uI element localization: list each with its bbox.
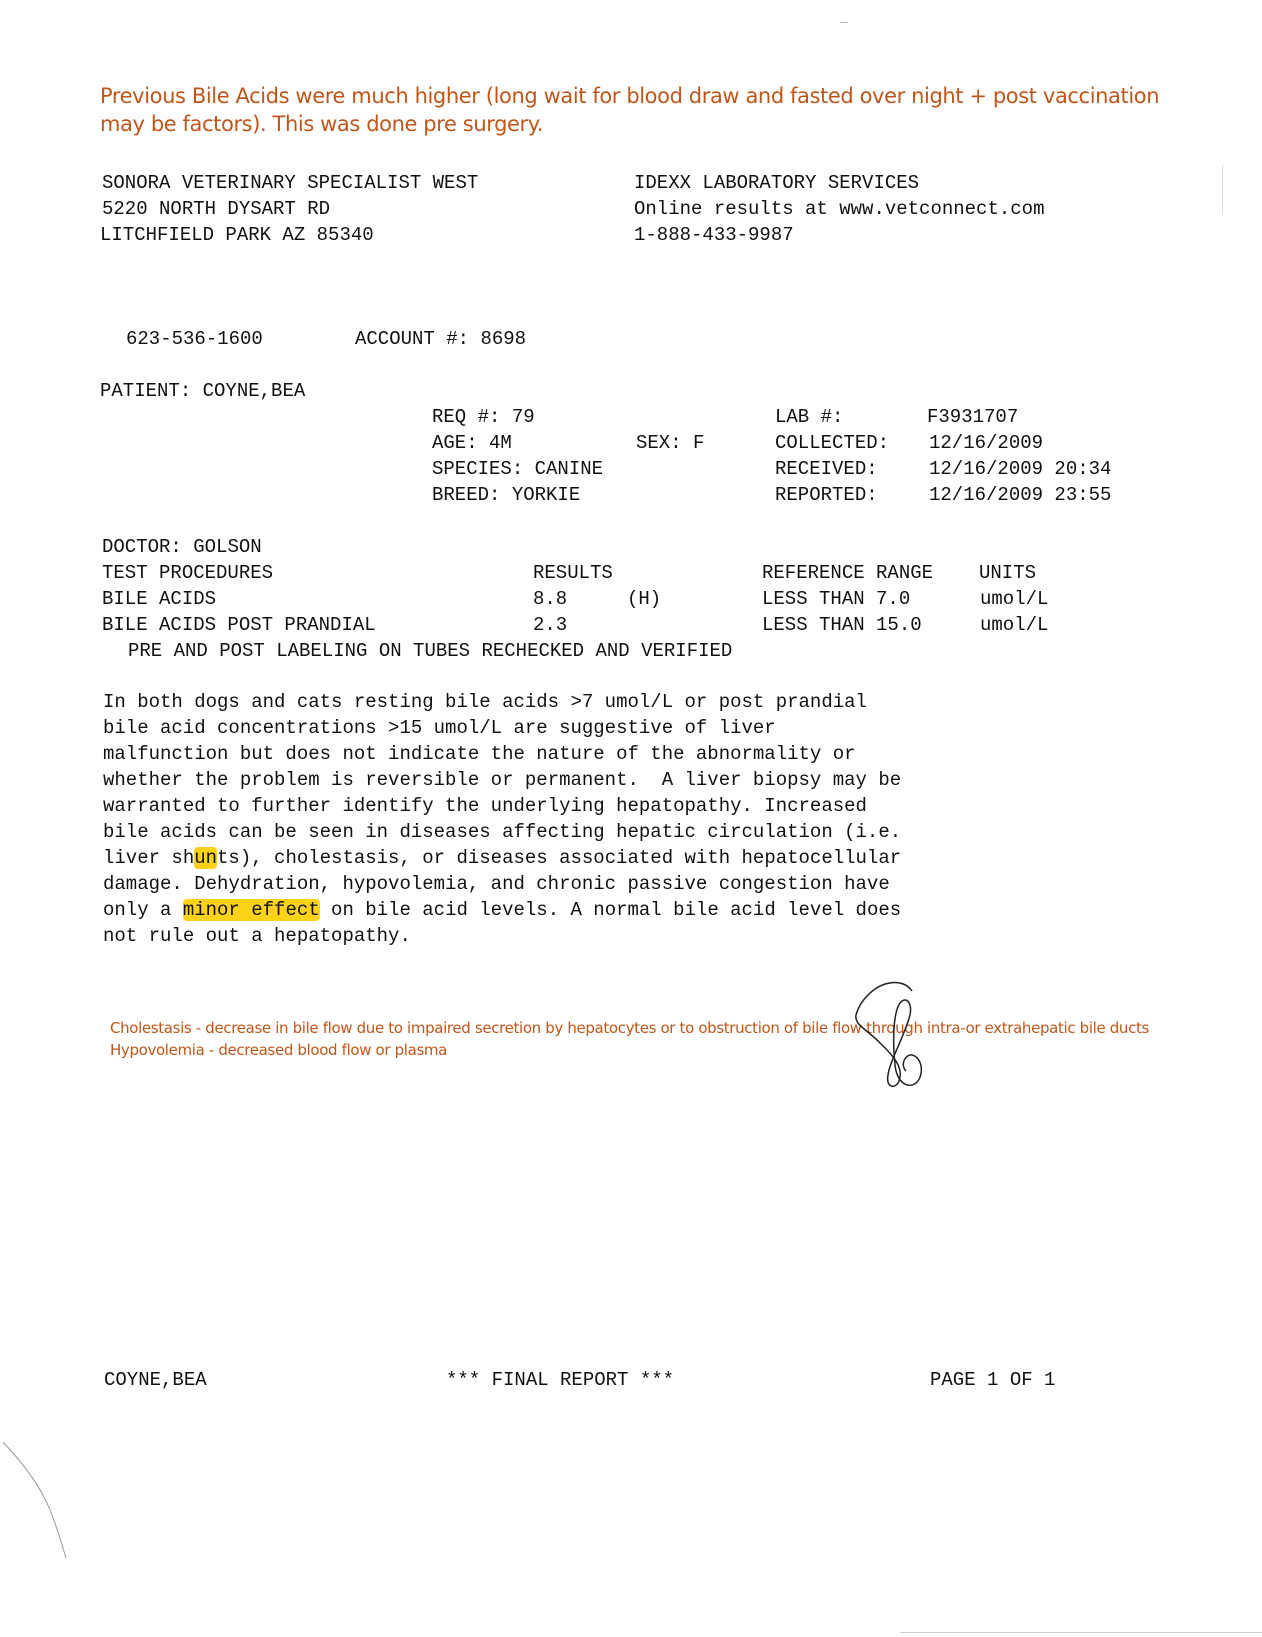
annotation-previous-bile-acids: Previous Bile Acids were much higher (lo… [100, 82, 1200, 138]
account-number: 8698 [480, 328, 526, 350]
lab-number: F3931707 [927, 404, 1018, 430]
lab-name: IDEXX LABORATORY SERVICES [634, 170, 919, 196]
text-segment: liver sh [103, 847, 194, 869]
req-number: 79 [512, 406, 535, 428]
row-units: umol/L [980, 586, 1048, 612]
interpretation-line: only a minor effect on bile acid levels.… [103, 897, 901, 923]
lab-phone: 1-888-433-9987 [634, 222, 794, 248]
interpretation-line: not rule out a hepatopathy. [103, 923, 411, 949]
clinic-name: SONORA VETERINARY SPECIALIST WEST [102, 170, 478, 196]
scan-speck [840, 22, 848, 23]
received-datetime: 12/16/2009 20:34 [929, 456, 1111, 482]
species-label: SPECIES: [432, 458, 523, 480]
row-test-name: BILE ACIDS POST PRANDIAL [102, 612, 376, 638]
text-segment: ts), cholestasis, or diseases associated… [217, 847, 901, 869]
scan-edge-line [900, 1632, 1262, 1633]
req-label: REQ #: [432, 406, 500, 428]
breed-row: BREED: YORKIE [432, 482, 580, 508]
highlight-minor-effect: minor effect [183, 899, 320, 921]
sex-label: SEX: [636, 432, 682, 454]
patient-name: COYNE,BEA [203, 380, 306, 402]
clinic-address-line1: 5220 NORTH DYSART RD [102, 196, 330, 222]
interpretation-line: bile acids can be seen in diseases affec… [103, 819, 901, 845]
received-label: RECEIVED: [775, 456, 878, 482]
account-label: ACCOUNT #: [355, 328, 469, 350]
age-row: AGE: 4M [432, 430, 512, 456]
interpretation-line: malfunction but does not indicate the na… [103, 741, 856, 767]
scan-artifact-mark [0, 1440, 100, 1560]
req-row: REQ #: 79 [432, 404, 535, 430]
interpretation-line: whether the problem is reversible or per… [103, 767, 901, 793]
breed-value: YORKIE [512, 484, 580, 506]
doctor-label: DOCTOR: [102, 536, 182, 558]
doctor-name: GOLSON [193, 536, 261, 558]
account-number-row: ACCOUNT #: 8698 [355, 326, 526, 352]
row-reference-range: LESS THAN 7.0 [762, 586, 910, 612]
patient-label: PATIENT: [100, 380, 191, 402]
breed-label: BREED: [432, 484, 500, 506]
glossary-hypovolemia: Hypovolemia - decreased blood flow or pl… [110, 1039, 1149, 1061]
row-result-value: 2.3 [533, 612, 567, 638]
header-reference-range: REFERENCE RANGE [762, 560, 933, 586]
clinic-address-line2: LITCHFIELD PARK AZ 85340 [100, 222, 374, 248]
age-label: AGE: [432, 432, 478, 454]
collected-label: COLLECTED: [775, 430, 889, 456]
scan-speck [1222, 165, 1223, 215]
verification-note: PRE AND POST LABELING ON TUBES RECHECKED… [128, 638, 732, 664]
reported-datetime: 12/16/2009 23:55 [929, 482, 1111, 508]
sex-value: F [693, 432, 704, 454]
glossary-notes: Cholestasis - decrease in bile flow due … [110, 1017, 1149, 1061]
doctor-row: DOCTOR: GOLSON [102, 534, 262, 560]
header-units: UNITS [979, 560, 1036, 586]
interpretation-line: warranted to further identify the underl… [103, 793, 867, 819]
handwritten-initials-signature [850, 975, 940, 1090]
header-test-procedures: TEST PROCEDURES [102, 560, 273, 586]
age-value: 4M [489, 432, 512, 454]
reported-label: REPORTED: [775, 482, 878, 508]
patient-row: PATIENT: COYNE,BEA [100, 378, 305, 404]
row-high-flag: (H) [627, 586, 661, 612]
text-segment: only a [103, 899, 183, 921]
species-row: SPECIES: CANINE [432, 456, 603, 482]
glossary-cholestasis: Cholestasis - decrease in bile flow due … [110, 1017, 1149, 1039]
row-units: umol/L [980, 612, 1048, 638]
highlight-shunts: un [194, 847, 217, 869]
interpretation-line: liver shunts), cholestasis, or diseases … [103, 845, 901, 871]
header-results: RESULTS [533, 560, 613, 586]
sex-row: SEX: F [636, 430, 704, 456]
clinic-phone: 623-536-1600 [126, 326, 263, 352]
collected-date: 12/16/2009 [929, 430, 1043, 456]
species-value: CANINE [535, 458, 603, 480]
footer-patient-name: COYNE,BEA [104, 1367, 207, 1393]
footer-report-status: *** FINAL REPORT *** [446, 1367, 674, 1393]
interpretation-line: bile acid concentrations >15 umol/L are … [103, 715, 776, 741]
footer-page-number: PAGE 1 OF 1 [930, 1367, 1055, 1393]
interpretation-line: In both dogs and cats resting bile acids… [103, 689, 867, 715]
text-segment: on bile acid levels. A normal bile acid … [320, 899, 902, 921]
row-test-name: BILE ACIDS [102, 586, 216, 612]
row-reference-range: LESS THAN 15.0 [762, 612, 922, 638]
lab-online-results: Online results at www.vetconnect.com [634, 196, 1044, 222]
row-result-value: 8.8 [533, 586, 567, 612]
interpretation-line: damage. Dehydration, hypovolemia, and ch… [103, 871, 890, 897]
lab-number-label: LAB #: [775, 404, 843, 430]
